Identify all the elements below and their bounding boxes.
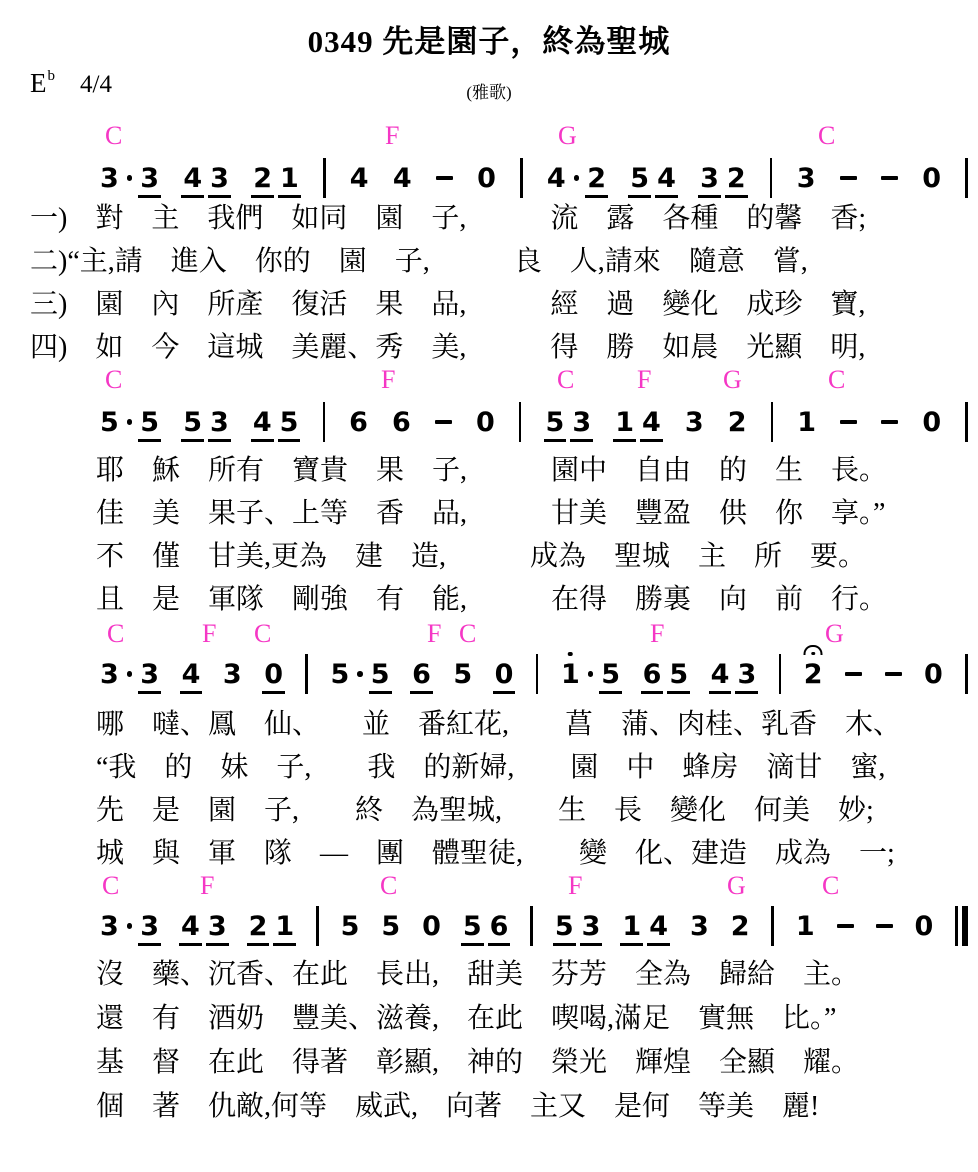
chord-symbol: C	[459, 620, 476, 648]
note: 3	[737, 661, 756, 688]
barline	[771, 402, 774, 442]
barline	[965, 654, 968, 694]
melody-cell: 0	[422, 913, 441, 940]
note: 5	[601, 661, 620, 688]
subtitle: (雅歌)	[0, 78, 978, 103]
melody-cell: 43	[181, 913, 227, 940]
melody-cell: 14	[622, 913, 668, 940]
lyric-line: 沒 藥、沉香、在此 長出, 甜美 芬芳 全為 歸給 主。	[96, 958, 859, 992]
note: 4	[393, 165, 412, 192]
melody-cell: 21	[249, 913, 295, 940]
note: 5	[371, 661, 390, 688]
augmentation-dot	[127, 419, 133, 425]
note: 1	[280, 165, 299, 192]
melody-cell: 32	[700, 165, 746, 192]
melody-cell: 5	[381, 913, 400, 940]
chord-symbol: G	[723, 366, 742, 394]
melody-cell	[881, 420, 898, 425]
note: 0	[264, 661, 283, 688]
note: 2	[728, 409, 747, 436]
melody-cell: 21	[253, 165, 299, 192]
chord-symbol: F	[385, 122, 399, 150]
melody-cell: 2	[804, 661, 823, 688]
note: 5	[330, 661, 349, 688]
note: 5	[381, 913, 400, 940]
melody-cell: 0	[924, 661, 943, 688]
note: 3	[100, 913, 119, 940]
melody-cell: 43	[711, 661, 757, 688]
note: 4	[181, 913, 200, 940]
chord-symbol: F	[637, 366, 651, 394]
chord-symbol: G	[558, 122, 577, 150]
melody-cell	[323, 158, 326, 198]
duration-dash	[881, 420, 898, 425]
note: 1	[561, 661, 580, 688]
melody-cell	[965, 654, 968, 694]
melody-cell: 0	[476, 409, 495, 436]
augmentation-dot	[127, 671, 133, 677]
lyric-line: 三) 園 內 所產 復活 果 品, 經 過 變化 成珍 寶,	[30, 288, 865, 322]
lyric-line: 二)“主,請 進入 你的 園 子, 良 人,請來 隨意 嘗,	[30, 245, 808, 279]
lyric-line: 基 督 在此 得著 彰顯, 神的 榮光 輝煌 全顯 耀。	[96, 1046, 859, 1080]
page-title: 0349 先是園子，終為聖城	[0, 16, 978, 61]
note: 0	[477, 165, 496, 192]
melody-cell	[876, 924, 893, 929]
melody-cell: 53	[183, 409, 229, 436]
augmentation-dot	[127, 923, 133, 929]
note: 0	[924, 661, 943, 688]
duration-dash	[840, 420, 857, 425]
melody-cell: 53	[555, 913, 601, 940]
note: 3	[210, 165, 229, 192]
note: 3	[223, 661, 242, 688]
melody-cell: 4	[393, 165, 412, 192]
note: 3	[210, 409, 229, 436]
melody-cell	[316, 906, 319, 946]
final-barline	[955, 906, 968, 946]
note: 0	[915, 913, 934, 940]
melody-cell	[435, 420, 452, 425]
note: 5	[183, 409, 202, 436]
barline	[770, 158, 773, 198]
melody-cell	[323, 402, 326, 442]
note: 5	[630, 165, 649, 192]
chord-symbol: G	[727, 872, 746, 900]
melody-cell: 5	[453, 661, 472, 688]
melody-line: 33432144042543230	[100, 154, 968, 202]
note: 4	[547, 165, 566, 192]
melody-cell	[885, 672, 902, 677]
chord-symbol: C	[557, 366, 574, 394]
melody-line: 3343215505653143210	[100, 902, 968, 950]
duration-dash	[435, 420, 452, 425]
melody-cell	[840, 420, 857, 425]
melody-line: 334305565015654320	[100, 650, 968, 698]
duration-dash	[876, 924, 893, 929]
melody-cell: 42	[547, 165, 606, 192]
note: 4	[657, 165, 676, 192]
note: 5	[463, 913, 482, 940]
melody-cell: 3	[690, 913, 709, 940]
note: 5	[140, 409, 159, 436]
note: 3	[700, 165, 719, 192]
barline	[305, 654, 308, 694]
note: 2	[587, 165, 606, 192]
melody-cell	[955, 906, 968, 946]
chord-symbol: C	[102, 872, 119, 900]
melody-cell: 5	[341, 913, 360, 940]
barline	[965, 402, 968, 442]
melody-cell	[881, 176, 898, 181]
chord-symbol: G	[825, 620, 844, 648]
chord-symbol: C	[822, 872, 839, 900]
barline	[519, 402, 522, 442]
melody-cell: 33	[100, 913, 159, 940]
note: 0	[922, 409, 941, 436]
melody-cell	[520, 158, 523, 198]
note: 1	[275, 913, 294, 940]
note: 1	[796, 913, 815, 940]
note: 6	[349, 409, 368, 436]
melody-cell	[965, 158, 968, 198]
lyric-line: 且 是 軍隊 剛強 有 能, 在得 勝裏 向 前 行。	[96, 583, 887, 617]
melody-cell	[779, 654, 782, 694]
melody-line: 55534566053143210	[100, 398, 968, 446]
barline	[779, 654, 782, 694]
note: 3	[100, 165, 119, 192]
melody-cell	[840, 176, 857, 181]
note: 4	[649, 913, 668, 940]
lyric-line: 個 著 仇敵,何等 威武, 向著 主又 是何 等美 麗!	[96, 1090, 819, 1124]
note: 0	[422, 913, 441, 940]
chord-row: CFCFCFG	[0, 620, 978, 650]
chord-symbol: C	[828, 366, 845, 394]
melody-cell: 4	[350, 165, 369, 192]
melody-cell: 3	[685, 409, 704, 436]
augmentation-dot	[127, 175, 133, 181]
note: 6	[392, 409, 411, 436]
melody-cell: 0	[922, 165, 941, 192]
melody-cell	[305, 654, 308, 694]
barline	[536, 654, 539, 694]
melody-cell: 0	[915, 913, 934, 940]
duration-dash	[436, 176, 453, 181]
melody-cell: 54	[630, 165, 676, 192]
chord-symbol: F	[381, 366, 395, 394]
note: 1	[622, 913, 641, 940]
melody-cell: 4	[182, 661, 201, 688]
chord-row: CFCFGC	[0, 872, 978, 902]
note: 2	[253, 165, 272, 192]
melody-cell: 43	[183, 165, 229, 192]
melody-cell: 3	[797, 165, 816, 192]
duration-dash	[840, 176, 857, 181]
note: 3	[572, 409, 591, 436]
note: 5	[100, 409, 119, 436]
melody-cell	[530, 906, 533, 946]
melody-cell: 45	[253, 409, 299, 436]
note: 6	[412, 661, 431, 688]
duration-dash	[845, 672, 862, 677]
melody-cell	[436, 176, 453, 181]
note: 4	[253, 409, 272, 436]
chord-symbol: C	[105, 122, 122, 150]
chord-symbol: C	[107, 620, 124, 648]
chord-symbol: F	[200, 872, 214, 900]
lyric-line: 耶 穌 所有 寶貴 果 子, 園中 自由 的 生 長。	[96, 454, 887, 488]
note: 5	[280, 409, 299, 436]
melody-cell: 0	[922, 409, 941, 436]
melody-cell	[519, 402, 522, 442]
melody-cell: 15	[561, 661, 620, 688]
chord-symbol: C	[105, 366, 122, 394]
melody-cell: 65	[643, 661, 689, 688]
note: 1	[615, 409, 634, 436]
note: 3	[582, 913, 601, 940]
chord-row: CFCFGC	[0, 366, 978, 396]
melody-cell: 0	[264, 661, 283, 688]
duration-dash	[881, 176, 898, 181]
augmentation-dot	[574, 175, 580, 181]
note: 3	[140, 165, 159, 192]
melody-cell: 33	[100, 661, 159, 688]
chord-symbol: F	[568, 872, 582, 900]
melody-cell	[770, 158, 773, 198]
note: 4	[711, 661, 730, 688]
lyric-line: 先 是 園 子, 終 為聖城, 生 長 變化 何美 妙;	[96, 794, 874, 828]
note: 5	[546, 409, 565, 436]
note: 0	[476, 409, 495, 436]
melody-cell: 6	[392, 409, 411, 436]
melody-cell: 6	[349, 409, 368, 436]
melody-cell	[771, 402, 774, 442]
barline	[520, 158, 523, 198]
note: 3	[100, 661, 119, 688]
note: 0	[922, 165, 941, 192]
melody-cell: 1	[796, 913, 815, 940]
chord-symbol: C	[818, 122, 835, 150]
melody-cell: 55	[330, 661, 389, 688]
note: 5	[453, 661, 472, 688]
chord-symbol: F	[650, 620, 664, 648]
note: 5	[341, 913, 360, 940]
melody-cell: 0	[495, 661, 514, 688]
chord-symbol: F	[202, 620, 216, 648]
note: 3	[208, 913, 227, 940]
melody-cell: 6	[412, 661, 431, 688]
barline	[316, 906, 319, 946]
lyric-line: “我 的 妹 子, 我 的新婦, 園 中 蜂房 滴甘 蜜,	[96, 751, 885, 785]
chord-symbol: C	[380, 872, 397, 900]
note: 2	[731, 913, 750, 940]
chord-symbol: F	[427, 620, 441, 648]
hymn-sheet-page: 0349 先是園子，終為聖城 Eb4/4 (雅歌) CFGC3343214404…	[0, 0, 978, 1172]
melody-cell: 2	[728, 409, 747, 436]
barline	[323, 158, 326, 198]
note: 4	[350, 165, 369, 192]
lyric-line: 佳 美 果子、上等 香 品, 甘美 豐盈 供 你 享。”	[96, 497, 885, 531]
duration-dash	[885, 672, 902, 677]
note: 2	[249, 913, 268, 940]
lyric-line: 城 與 軍 隊 — 團 體聖徒, 變 化、建造 成為 一;	[96, 837, 895, 871]
melody-cell: 1	[797, 409, 816, 436]
melody-cell: 33	[100, 165, 159, 192]
melody-cell: 2	[731, 913, 750, 940]
lyric-line: 還 有 酒奶 豐美、滋養, 在此 喫喝,滿足 實無 比。”	[96, 1002, 836, 1036]
melody-cell: 55	[100, 409, 159, 436]
lyric-line: 一) 對 主 我們 如同 園 子, 流 露 各種 的馨 香;	[30, 202, 866, 236]
melody-cell: 3	[223, 661, 242, 688]
note: 3	[140, 913, 159, 940]
melody-cell: 53	[546, 409, 592, 436]
note: 6	[643, 661, 662, 688]
barline	[965, 158, 968, 198]
note: 3	[685, 409, 704, 436]
melody-cell	[965, 402, 968, 442]
melody-cell	[536, 654, 539, 694]
melody-cell	[771, 906, 774, 946]
note: 3	[797, 165, 816, 192]
note: 5	[669, 661, 688, 688]
barline	[771, 906, 774, 946]
note: 1	[797, 409, 816, 436]
lyric-line: 四) 如 今 這城 美麗、秀 美, 得 勝 如晨 光顯 明,	[30, 331, 865, 365]
melody-cell: 14	[615, 409, 661, 436]
chord-row: CFGC	[0, 122, 978, 152]
duration-dash	[837, 924, 854, 929]
chord-symbol: C	[254, 620, 271, 648]
lyric-line: 哪 噠、鳳 仙、 並 番紅花, 菖 蒲、肉桂、乳香 木、	[96, 708, 901, 742]
melody-cell	[845, 672, 862, 677]
barline	[323, 402, 326, 442]
note: 2	[804, 661, 823, 688]
augmentation-dot	[588, 671, 594, 677]
barline	[530, 906, 533, 946]
note: 5	[555, 913, 574, 940]
note: 3	[690, 913, 709, 940]
note: 0	[495, 661, 514, 688]
melody-cell	[837, 924, 854, 929]
note: 4	[642, 409, 661, 436]
melody-cell: 56	[463, 913, 509, 940]
note: 3	[140, 661, 159, 688]
melody-cell: 0	[477, 165, 496, 192]
note: 4	[182, 661, 201, 688]
note: 4	[183, 165, 202, 192]
note: 2	[727, 165, 746, 192]
augmentation-dot	[357, 671, 363, 677]
lyric-line: 不 僅 甘美,更為 建 造, 成為 聖城 主 所 要。	[96, 540, 866, 574]
note: 6	[490, 913, 509, 940]
